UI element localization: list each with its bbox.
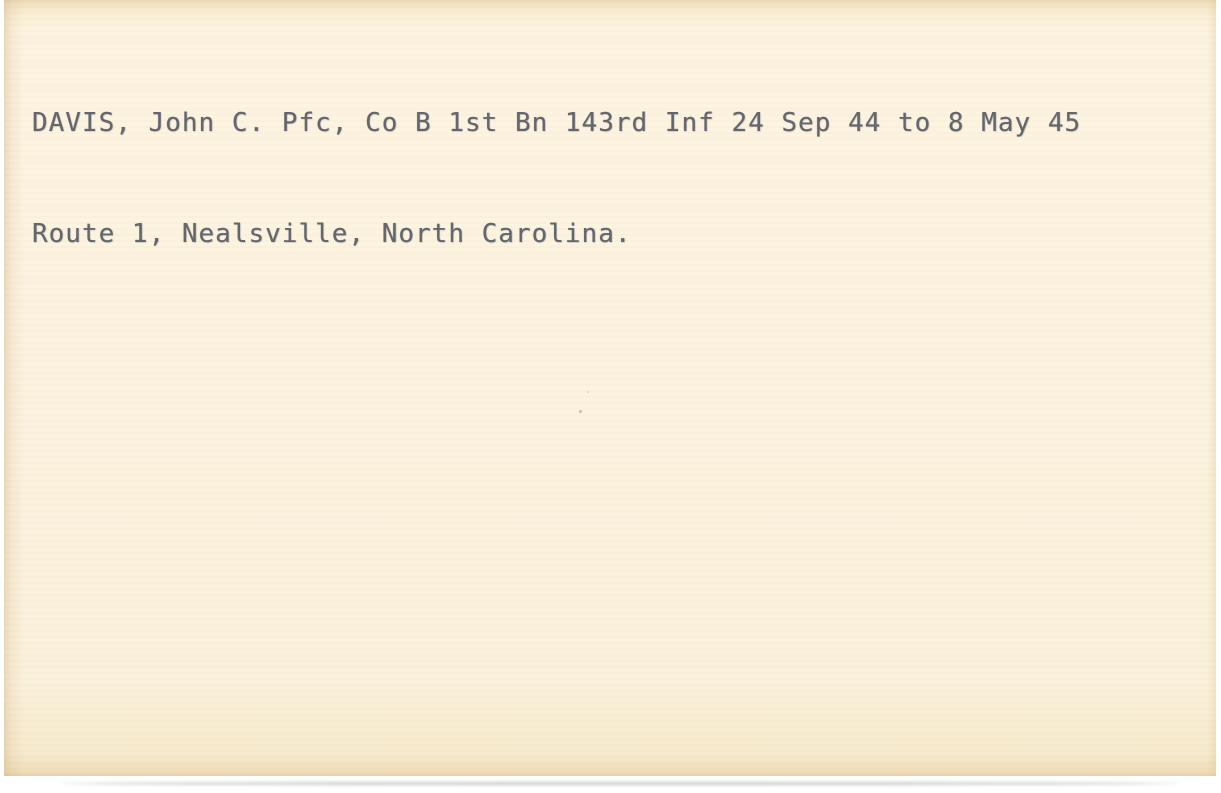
typewritten-text-block: DAVIS, John C. Pfc, Co B 1st Bn 143rd In… — [32, 31, 1081, 327]
scan-edge-shadow — [60, 782, 1180, 785]
index-card: DAVIS, John C. Pfc, Co B 1st Bn 143rd In… — [4, 0, 1216, 776]
paper-speck — [587, 391, 589, 393]
typewritten-line-service-record: DAVIS, John C. Pfc, Co B 1st Bn 143rd In… — [32, 105, 1081, 142]
paper-speck — [579, 410, 582, 413]
scanned-document: DAVIS, John C. Pfc, Co B 1st Bn 143rd In… — [0, 0, 1221, 793]
typewritten-line-address: Route 1, Nealsville, North Carolina. — [32, 216, 1081, 253]
